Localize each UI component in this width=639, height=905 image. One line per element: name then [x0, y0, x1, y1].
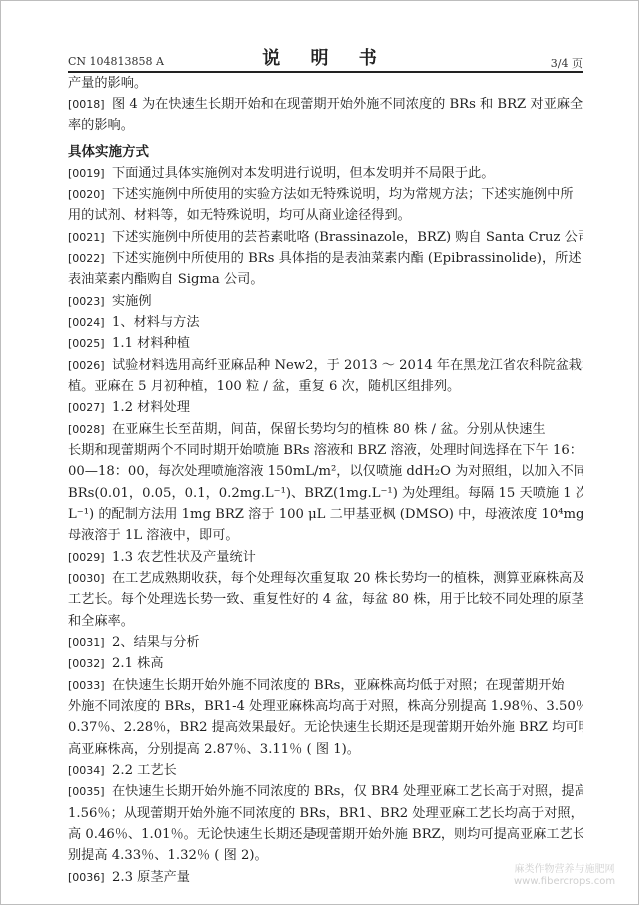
text-line: 用的试剂、材料等，如无特殊说明，均可从商业途径得到。 — [68, 205, 583, 226]
text-line: 率的影响。 — [68, 115, 583, 136]
paragraph-number: [0023] — [68, 291, 112, 312]
paragraph-number: [0025] — [68, 333, 112, 354]
paragraph-start-line: [0018]图 4 为在快速生长期开始和在现蕾期开始外施不同浓度的 BRs 和 … — [68, 94, 583, 115]
line-text: 在工艺成熟期收获，每个处理每次重复取 20 株长势均一的植株，测算亚麻株高及 — [112, 571, 583, 586]
line-text: 下面通过具体实施例对本发明进行说明，但本发明并不局限于此。 — [112, 166, 494, 181]
line-text: 具体实施方式 — [68, 144, 149, 160]
paragraph-number: [0036] — [68, 867, 112, 888]
paragraph-start-line: [0036]2.3 原茎产量 — [68, 867, 583, 888]
paragraph-start-line: [0025]1.1 材料种植 — [68, 333, 583, 354]
line-text: 产量的影响。 — [68, 76, 147, 91]
line-text: L⁻¹) 的配制方法用 1mg BRZ 溶于 100 μL 二甲基亚枫 (DMS… — [68, 507, 583, 522]
paragraph-start-line: [0026]试验材料选用高纤亚麻品种 New2，于 2013 ～ 2014 年在… — [68, 355, 583, 376]
line-text: 率的影响。 — [68, 118, 134, 133]
paragraph-number: [0034] — [68, 760, 112, 781]
paragraph-number: [0026] — [68, 355, 112, 376]
line-text: 工艺长。每个处理选长势一致、重复性好的 4 盆，每盆 80 株，用于比较不同处理… — [68, 592, 583, 607]
text-line: 别提高 4.33％、1.32％ ( 图 2)。 — [68, 845, 583, 866]
line-text: 外施不同浓度的 BRs，BR1-4 处理亚麻株高均高于对照，株高分别提高 1.9… — [68, 699, 583, 714]
line-text: 在快速生长期开始外施不同浓度的 BRs，亚麻株高均低于对照；在现蕾期开始 — [112, 678, 565, 693]
text-line: 工艺长。每个处理选长势一致、重复性好的 4 盆，每盆 80 株，用于比较不同处理… — [68, 589, 583, 610]
line-text: 植。亚麻在 5 月初种植，100 粒 / 盆，重复 6 次，随机区组排列。 — [68, 379, 460, 394]
paragraph-start-line: [0023]实施例 — [68, 291, 583, 312]
line-text: 图 4 为在快速生长期开始和在现蕾期开始外施不同浓度的 BRs 和 BRZ 对亚… — [112, 97, 583, 112]
line-text: 0.37％、2.28％，BR2 提高效果最好。无论快速生长期还是现蕾期开始外施 … — [68, 720, 583, 735]
paragraph-number: [0027] — [68, 397, 112, 418]
paragraph-number: [0022] — [68, 248, 112, 269]
line-text: 母液溶于 1L 溶液中，即可。 — [68, 528, 239, 543]
paragraph-number: [0032] — [68, 653, 112, 674]
paragraph-number: [0018] — [68, 94, 112, 115]
paragraph-number: [0033] — [68, 675, 112, 696]
paragraph-number: [0031] — [68, 632, 112, 653]
line-text: 高 0.46％、1.01％。无论快速生长期还是现蕾期开始外施 BRZ，则均可提高… — [68, 827, 583, 842]
paragraph-start-line: [0024]1、材料与方法 — [68, 312, 583, 333]
paragraph-start-line: [0035]在快速生长期开始外施不同浓度的 BRs，仅 BR4 处理亚麻工艺长高… — [68, 781, 583, 802]
paragraph-start-line: [0027]1.2 材料处理 — [68, 397, 583, 418]
document-title: 说 明 书 — [68, 44, 583, 70]
text-line: BRs(0.01，0.05，0.1，0.2mg.L⁻¹)、BRZ(1mg.L⁻¹… — [68, 483, 583, 504]
line-text: 2.1 株高 — [112, 656, 164, 671]
paragraph-number: [0028] — [68, 419, 112, 440]
text-line: 植。亚麻在 5 月初种植，100 粒 / 盆，重复 6 次，随机区组排列。 — [68, 376, 583, 397]
paragraph-start-line: [0033]在快速生长期开始外施不同浓度的 BRs，亚麻株高均低于对照；在现蕾期… — [68, 675, 583, 696]
page-header: CN 104813858 A 说 明 书 3/4 页 — [68, 40, 583, 72]
line-text: 1.2 材料处理 — [112, 400, 190, 415]
section-heading: 具体实施方式 — [68, 142, 583, 163]
line-text: 下述实施例中所使用的实验方法如无特殊说明，均为常规方法；下述实施例中所 — [112, 187, 574, 202]
line-text: 00—18：00，每次处理喷施溶液 150mL/m²，以仅喷施 ddH₂O 为对… — [68, 464, 583, 479]
line-text: 试验材料选用高纤亚麻品种 New2，于 2013 ～ 2014 年在黑龙江省农科… — [112, 358, 583, 373]
paragraph-number: [0019] — [68, 163, 112, 184]
line-text: 实施例 — [112, 294, 152, 309]
paragraph-start-line: [0020]下述实施例中所使用的实验方法如无特殊说明，均为常规方法；下述实施例中… — [68, 184, 583, 205]
paragraph-start-line: [0031]2、结果与分析 — [68, 632, 583, 653]
text-line: 表油菜素内酯购自 Sigma 公司。 — [68, 269, 583, 290]
paragraph-start-line: [0029]1.3 农艺性状及产量统计 — [68, 547, 583, 568]
line-text: 2.3 原茎产量 — [112, 870, 190, 885]
text-line: L⁻¹) 的配制方法用 1mg BRZ 溶于 100 μL 二甲基亚枫 (DMS… — [68, 504, 583, 525]
paragraph-start-line: [0034]2.2 工艺长 — [68, 760, 583, 781]
line-text: 2.2 工艺长 — [112, 763, 177, 778]
paragraph-number: [0035] — [68, 781, 112, 802]
line-text: 在亚麻生长至苗期，间苗，保留长势均匀的植株 80 株 / 盆。分别从快速生 — [112, 422, 546, 437]
line-text: 下述实施例中所使用的 BRs 具体指的是表油菜素内酯 (Epibrassinol… — [112, 251, 582, 266]
text-line: 0.37％、2.28％，BR2 提高效果最好。无论快速生长期还是现蕾期开始外施 … — [68, 717, 583, 738]
line-text: 别提高 4.33％、1.32％ ( 图 2)。 — [68, 848, 268, 863]
paragraph-start-line: [0030]在工艺成熟期收获，每个处理每次重复取 20 株长势均一的植株，测算亚… — [68, 568, 583, 589]
paragraph-number: [0021] — [68, 227, 112, 248]
text-line: 高亚麻株高，分别提高 2.87％、3.11％ ( 图 1)。 — [68, 739, 583, 760]
line-text: 在快速生长期开始外施不同浓度的 BRs，仅 BR4 处理亚麻工艺长高于对照，提高 — [112, 784, 583, 799]
line-text: 长期和现蕾期两个不同时期开始喷施 BRs 溶液和 BRZ 溶液，处理时间选择在下… — [68, 443, 583, 458]
watermark-line-1: 麻类作物营养与施肥网 — [514, 864, 615, 876]
paragraph-number: [0030] — [68, 568, 112, 589]
paragraph-start-line: [0022]下述实施例中所使用的 BRs 具体指的是表油菜素内酯 (Epibra… — [68, 248, 583, 269]
text-line: 产量的影响。 — [68, 73, 583, 94]
watermark-line-2: www.fibercrops.com — [514, 876, 615, 888]
line-text: BRs(0.01，0.05，0.1，0.2mg.L⁻¹)、BRZ(1mg.L⁻¹… — [68, 486, 583, 501]
line-text: 高亚麻株高，分别提高 2.87％、3.11％ ( 图 1)。 — [68, 742, 360, 757]
line-text: 用的试剂、材料等，如无特殊说明，均可从商业途径得到。 — [68, 208, 411, 223]
text-line: 00—18：00，每次处理喷施溶液 150mL/m²，以仅喷施 ddH₂O 为对… — [68, 461, 583, 482]
text-line: 和全麻率。 — [68, 611, 583, 632]
paragraph-start-line: [0032]2.1 株高 — [68, 653, 583, 674]
paragraph-number: [0020] — [68, 184, 112, 205]
paragraph-start-line: [0028]在亚麻生长至苗期，间苗，保留长势均匀的植株 80 株 / 盆。分别从… — [68, 419, 583, 440]
paragraph-number: [0024] — [68, 312, 112, 333]
text-line: 高 0.46％、1.01％。无论快速生长期还是现蕾期开始外施 BRZ，则均可提高… — [68, 824, 583, 845]
line-text: 1、材料与方法 — [112, 315, 200, 330]
line-text: 下述实施例中所使用的芸苔素吡咯 (Brassinazole，BRZ) 购自 Sa… — [112, 230, 583, 245]
text-line: 1.56％；从现蕾期开始外施不同浓度的 BRs，BR1、BR2 处理亚麻工艺长均… — [68, 803, 583, 824]
paragraph-start-line: [0019]下面通过具体实施例对本发明进行说明，但本发明并不局限于此。 — [68, 163, 583, 184]
text-line: 长期和现蕾期两个不同时期开始喷施 BRs 溶液和 BRZ 溶液，处理时间选择在下… — [68, 440, 583, 461]
text-line: 外施不同浓度的 BRs，BR1-4 处理亚麻株高均高于对照，株高分别提高 1.9… — [68, 696, 583, 717]
watermark: 麻类作物营养与施肥网 www.fibercrops.com — [514, 864, 615, 888]
line-text: 1.56％；从现蕾期开始外施不同浓度的 BRs，BR1、BR2 处理亚麻工艺长均… — [68, 806, 583, 821]
paragraph-number: [0029] — [68, 547, 112, 568]
line-text: 2、结果与分析 — [112, 635, 200, 650]
line-text: 表油菜素内酯购自 Sigma 公司。 — [68, 272, 264, 287]
line-text: 1.3 农艺性状及产量统计 — [112, 550, 256, 565]
line-text: 和全麻率。 — [68, 614, 134, 629]
line-text: 1.1 材料种植 — [112, 336, 190, 351]
text-line: 母液溶于 1L 溶液中，即可。 — [68, 525, 583, 546]
page-indicator: 3/4 页 — [551, 55, 583, 71]
paragraph-start-line: [0021]下述实施例中所使用的芸苔素吡咯 (Brassinazole，BRZ)… — [68, 227, 583, 248]
page-number: 5 — [310, 826, 317, 839]
